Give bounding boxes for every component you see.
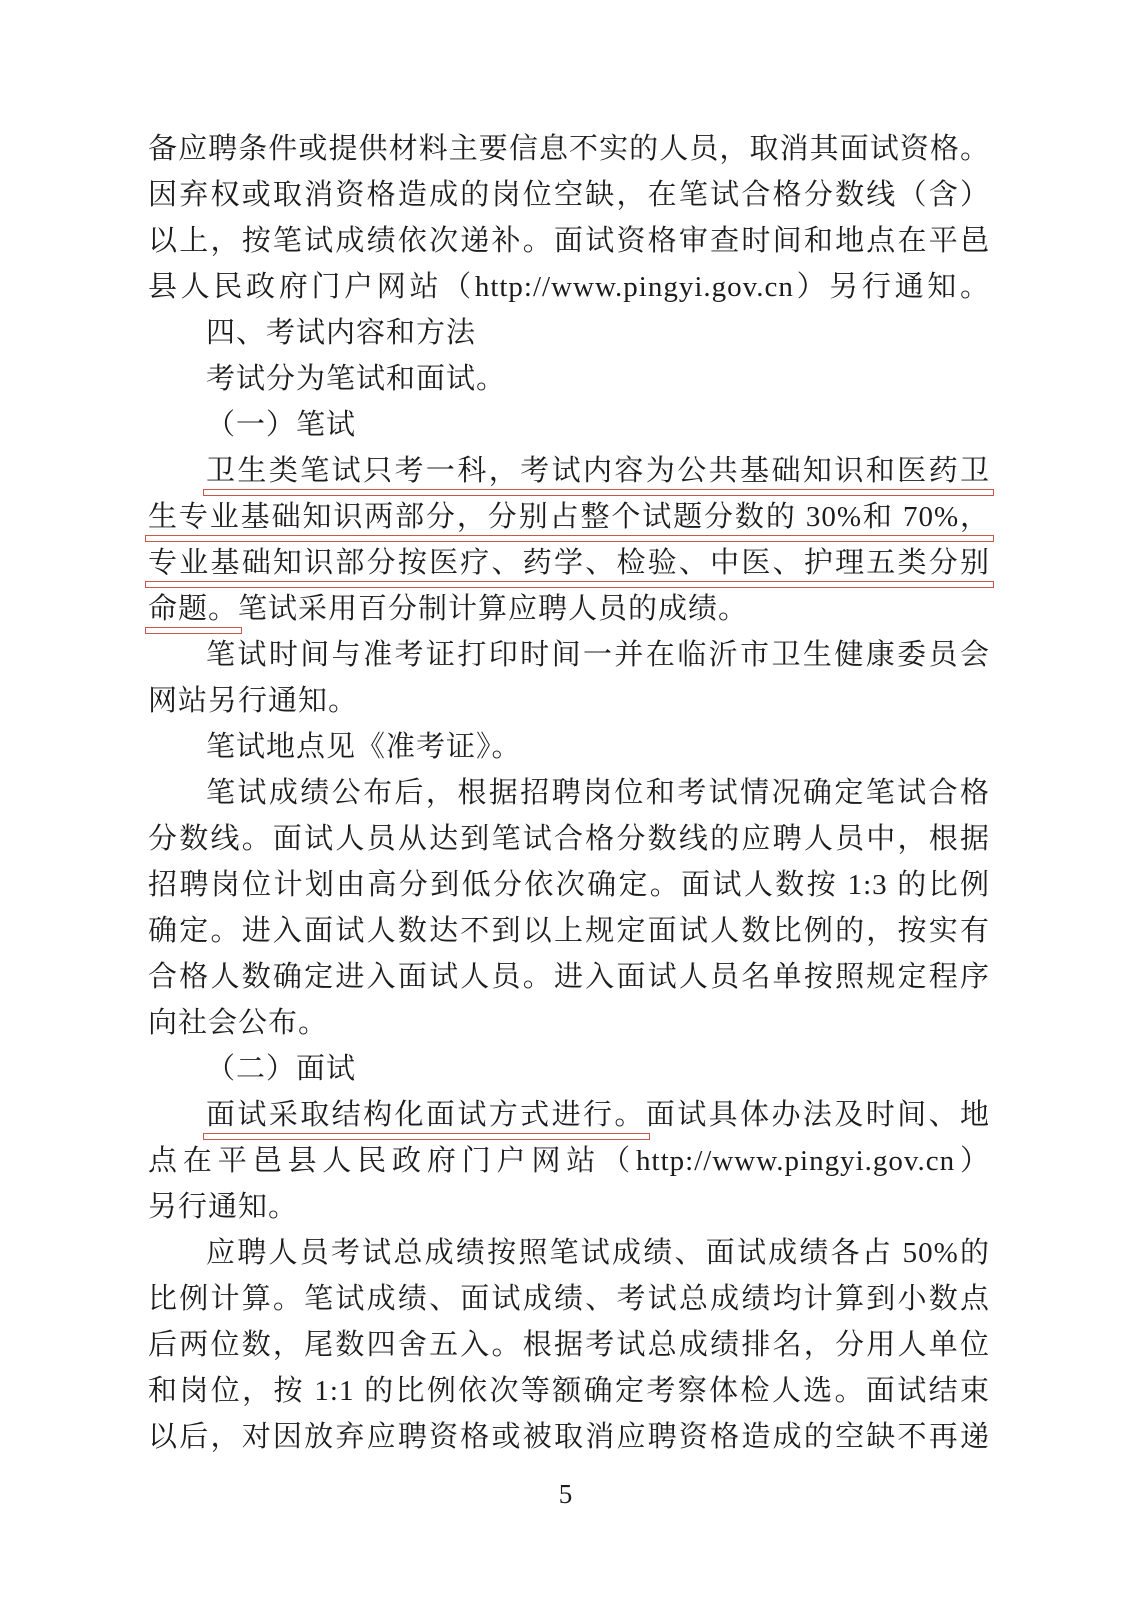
text-line: 笔试时间与准考证打印时间一并在临沂市卫生健康委员会 xyxy=(148,632,990,678)
text-segment: 笔试地点见《准考证》。 xyxy=(206,731,522,763)
text-line: 笔试地点见《准考证》。 xyxy=(148,724,990,770)
text-line: 面试采取结构化面试方式进行。面试具体办法及时间、地 xyxy=(148,1092,990,1138)
text-segment: 和岗位，按 1:1 的比例依次等额确定考察体检人选。面试结束 xyxy=(148,1375,990,1407)
text-line: 向社会公布。 xyxy=(148,1000,990,1046)
text-segment: 考试分为笔试和面试。 xyxy=(206,363,506,395)
text-segment: 合格人数确定进入面试人员。进入面试人员名单按照规定程序 xyxy=(148,961,990,993)
text-line: （一）笔试 xyxy=(148,402,990,448)
text-segment: 因弃权或取消资格造成的岗位空缺，在笔试合格分数线（含） xyxy=(148,179,990,211)
underlined-segment: 专业基础知识部分按医疗、药学、检验、中医、护理五类分别 xyxy=(148,547,990,579)
text-segment: 确定。进入面试人数达不到以上规定面试人数比例的，按实有 xyxy=(148,915,990,947)
text-segment: 笔试时间与准考证打印时间一并在临沂市卫生健康委员会 xyxy=(206,639,990,671)
text-segment: 笔试成绩公布后，根据招聘岗位和考试情况确定笔试合格 xyxy=(206,777,990,809)
text-line: 确定。进入面试人数达不到以上规定面试人数比例的，按实有 xyxy=(148,908,990,954)
text-segment: （二）面试 xyxy=(206,1053,356,1085)
page-number: 5 xyxy=(559,1479,573,1509)
text-segment: 比例计算。笔试成绩、面试成绩、考试总成绩均计算到小数点 xyxy=(148,1283,990,1315)
text-line: 点在平邑县人民政府门户网站（http://www.pingyi.gov.cn） xyxy=(148,1138,990,1184)
text-line: 另行通知。 xyxy=(148,1184,990,1230)
page-footer: 5 xyxy=(0,1478,1131,1510)
text-segment: 向社会公布。 xyxy=(148,1007,328,1039)
underlined-segment: 卫生类笔试只考一科，考试内容为公共基础知识和医药卫 xyxy=(206,455,990,487)
text-line: 四、考试内容和方法 xyxy=(148,310,990,356)
text-line: 网站另行通知。 xyxy=(148,678,990,724)
text-line: 后两位数，尾数四舍五入。根据考试总成绩排名，分用人单位 xyxy=(148,1322,990,1368)
text-segment: 县人民政府门户网站（http://www.pingyi.gov.cn）另行通知。 xyxy=(148,271,990,303)
document-page: 备应聘条件或提供材料主要信息不实的人员，取消其面试资格。因弃权或取消资格造成的岗… xyxy=(0,0,1131,1600)
text-line: 和岗位，按 1:1 的比例依次等额确定考察体检人选。面试结束 xyxy=(148,1368,990,1414)
text-segment: （一）笔试 xyxy=(206,409,356,441)
text-line: 专业基础知识部分按医疗、药学、检验、中医、护理五类分别 xyxy=(148,540,990,586)
text-segment: 以后，对因放弃应聘资格或被取消应聘资格造成的空缺不再递 xyxy=(148,1421,990,1453)
text-line: 笔试成绩公布后，根据招聘岗位和考试情况确定笔试合格 xyxy=(148,770,990,816)
text-line: 招聘岗位计划由高分到低分依次确定。面试人数按 1:3 的比例 xyxy=(148,862,990,908)
text-line: （二）面试 xyxy=(148,1046,990,1092)
text-segment: 应聘人员考试总成绩按照笔试成绩、面试成绩各占 50%的 xyxy=(206,1237,990,1269)
text-line: 考试分为笔试和面试。 xyxy=(148,356,990,402)
text-line: 因弃权或取消资格造成的岗位空缺，在笔试合格分数线（含） xyxy=(148,172,990,218)
text-line: 命题。笔试采用百分制计算应聘人员的成绩。 xyxy=(148,586,990,632)
text-segment: 点在平邑县人民政府门户网站（http://www.pingyi.gov.cn） xyxy=(148,1145,990,1177)
text-line: 以后，对因放弃应聘资格或被取消应聘资格造成的空缺不再递 xyxy=(148,1414,990,1460)
text-segment: 面试具体办法及时间、地 xyxy=(646,1099,990,1131)
underlined-segment: 面试采取结构化面试方式进行。 xyxy=(206,1099,646,1131)
text-line: 生专业基础知识两部分，分别占整个试题分数的 30%和 70%， xyxy=(148,494,990,540)
text-segment: 分数线。面试人员从达到笔试合格分数线的应聘人员中，根据 xyxy=(148,823,990,855)
text-segment: 网站另行通知。 xyxy=(148,685,358,717)
underlined-segment: 生专业基础知识两部分，分别占整个试题分数的 30%和 70%， xyxy=(148,501,990,533)
text-line: 以上，按笔试成绩依次递补。面试资格审查时间和地点在平邑 xyxy=(148,218,990,264)
text-line: 应聘人员考试总成绩按照笔试成绩、面试成绩各占 50%的 xyxy=(148,1230,990,1276)
text-line: 县人民政府门户网站（http://www.pingyi.gov.cn）另行通知。 xyxy=(148,264,990,310)
text-segment: 笔试采用百分制计算应聘人员的成绩。 xyxy=(238,593,748,625)
text-line: 备应聘条件或提供材料主要信息不实的人员，取消其面试资格。 xyxy=(148,126,990,172)
text-segment: 以上，按笔试成绩依次递补。面试资格审查时间和地点在平邑 xyxy=(148,225,990,257)
underlined-segment: 命题。 xyxy=(148,593,238,625)
text-segment: 后两位数，尾数四舍五入。根据考试总成绩排名，分用人单位 xyxy=(148,1329,990,1361)
text-line: 卫生类笔试只考一科，考试内容为公共基础知识和医药卫 xyxy=(148,448,990,494)
text-line: 比例计算。笔试成绩、面试成绩、考试总成绩均计算到小数点 xyxy=(148,1276,990,1322)
text-segment: 另行通知。 xyxy=(148,1191,298,1223)
text-segment: 备应聘条件或提供材料主要信息不实的人员，取消其面试资格。 xyxy=(148,133,990,165)
text-line: 分数线。面试人员从达到笔试合格分数线的应聘人员中，根据 xyxy=(148,816,990,862)
text-segment: 招聘岗位计划由高分到低分依次确定。面试人数按 1:3 的比例 xyxy=(148,869,990,901)
text-segment: 四、考试内容和方法 xyxy=(206,317,476,349)
document-body: 备应聘条件或提供材料主要信息不实的人员，取消其面试资格。因弃权或取消资格造成的岗… xyxy=(148,126,990,1460)
text-line: 合格人数确定进入面试人员。进入面试人员名单按照规定程序 xyxy=(148,954,990,1000)
